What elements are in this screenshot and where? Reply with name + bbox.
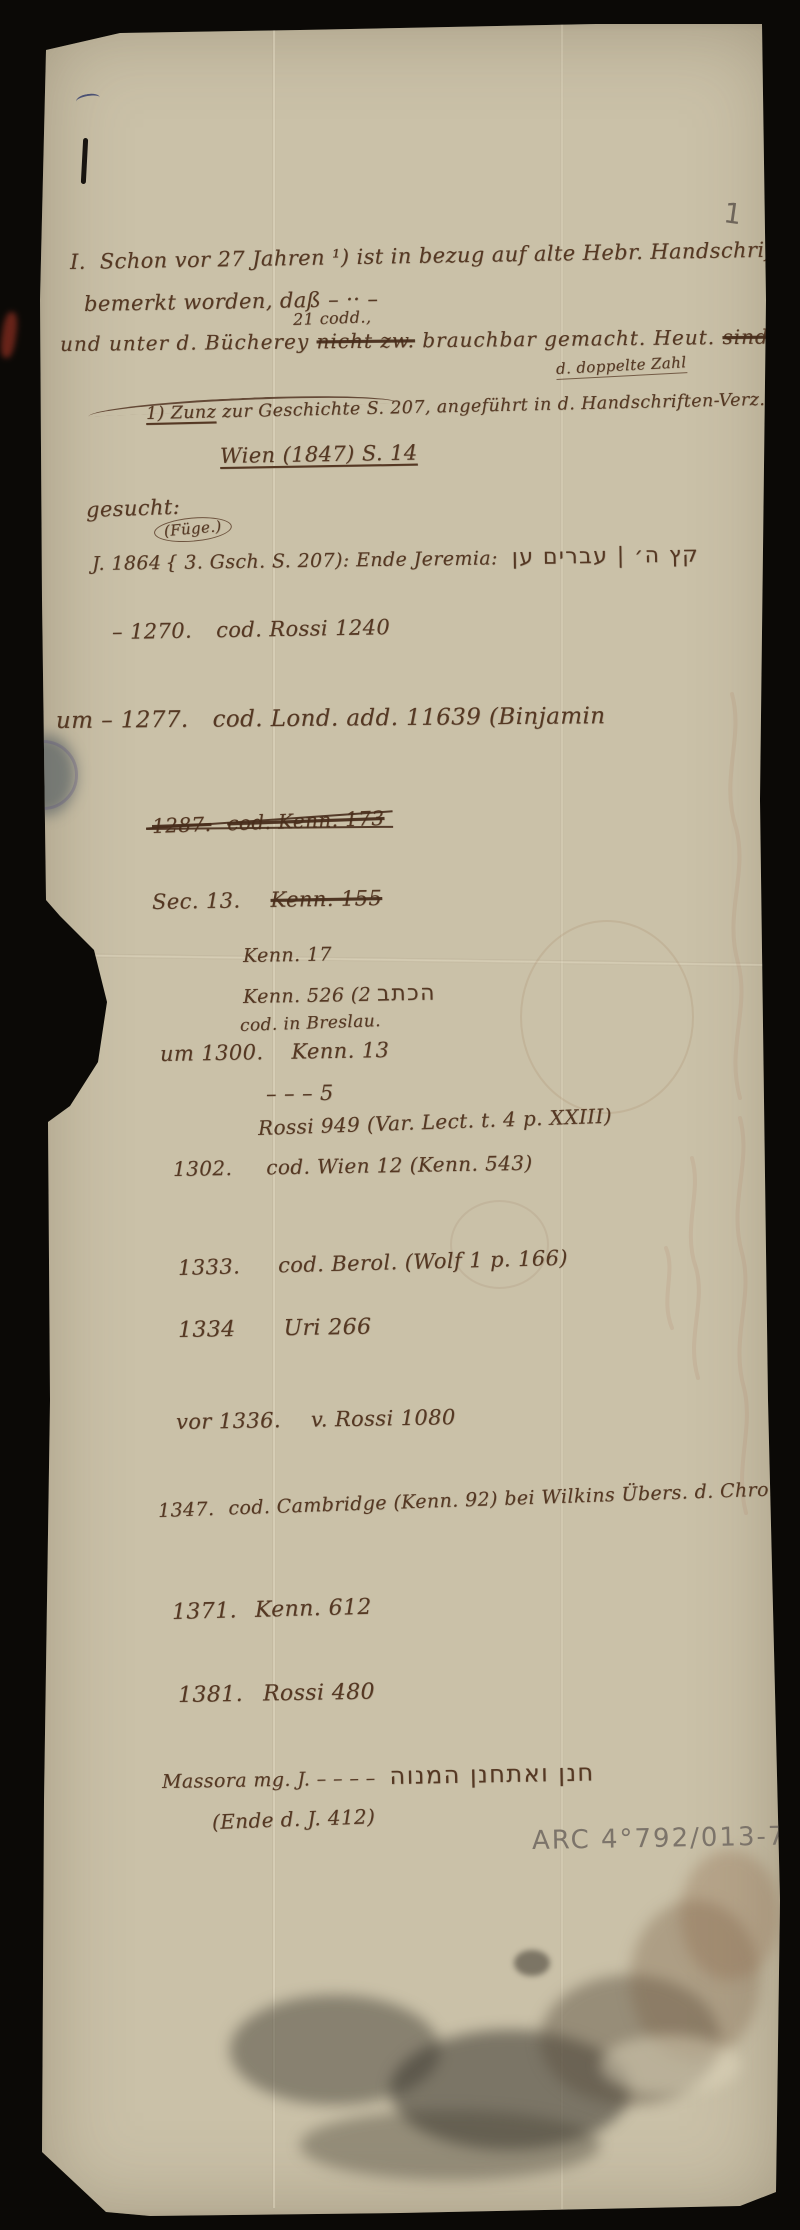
entry-hebrew: קץ ה׳ | עברים ען bbox=[512, 543, 700, 571]
intro-line-1-text: Schon vor 27 Jahren ¹) ist in bezug auf … bbox=[100, 237, 800, 273]
entry-text: cod. Wien 12 (Kenn. 543) bbox=[266, 1151, 533, 1180]
smudge bbox=[680, 1850, 780, 1980]
intro-line-3: und unter d. Bücherey nicht zw. brauchba… bbox=[60, 324, 800, 356]
entry-1277: um – 1277.cod. Lond. add. 11639 (Binjami… bbox=[56, 703, 606, 734]
entry-text: { 3. Gsch. S. 207): Ende Jeremia: bbox=[165, 547, 498, 574]
intro-line-3-mid: brauchbar gemacht. Heut. bbox=[415, 325, 723, 352]
insert-text: d. doppelte Zahl bbox=[556, 353, 687, 380]
search-label: gesucht: bbox=[86, 495, 181, 522]
closing-text: Massora mg. J. – – – – bbox=[162, 1767, 376, 1793]
entry-text: Kenn. 13 bbox=[291, 1038, 389, 1064]
entry-year: 1381. bbox=[178, 1682, 243, 1708]
entry-1864: J. 1864{ 3. Gsch. S. 207): Ende Jeremia:… bbox=[92, 543, 700, 576]
entry-text: cod. Lond. add. 11639 (Binjamin bbox=[212, 703, 605, 732]
entry-text: Kenn. 155 bbox=[270, 886, 382, 912]
blue-pen-scribble bbox=[75, 92, 101, 107]
entry-year: 1371. bbox=[172, 1598, 238, 1625]
entry-year: 1347. bbox=[158, 1498, 215, 1522]
manuscript-page: 1 I.Schon vor 27 Jahren ¹) ist in bezug … bbox=[36, 20, 786, 2220]
entry-breslau: cod. in Breslau. bbox=[240, 1011, 382, 1036]
entry-1300: um 1300.Kenn. 13 bbox=[160, 1038, 390, 1066]
entry-year: Sec. 13. bbox=[152, 888, 241, 914]
footnote-lead: 1) Zunz bbox=[146, 402, 217, 424]
smudge bbox=[514, 1950, 550, 1976]
entry-ditto-5: – – – 5 bbox=[266, 1081, 334, 1106]
stamp-ring bbox=[8, 740, 78, 810]
entry-kenn-17: Kenn. 17 bbox=[243, 943, 332, 967]
footnote-line-1: 1) Zunz zur Geschichte S. 207, angeführt… bbox=[146, 389, 800, 424]
page-number-pencil: 1 bbox=[722, 196, 745, 231]
intro-line-3-struck: sind dem bbox=[722, 324, 800, 349]
smudge-highlight bbox=[600, 2035, 740, 2095]
closing-ende-note: (Ende d. J. 412) bbox=[212, 1804, 376, 1834]
entry-1270: – 1270.cod. Rossi 1240 bbox=[112, 615, 391, 644]
intro-line-3-pre: und unter d. Bücherey bbox=[60, 329, 317, 356]
entry-year: – 1270. bbox=[112, 619, 193, 644]
archive-reference: ARC 4°792/013-7 bbox=[532, 1822, 787, 1856]
entry-1302: 1302.cod. Wien 12 (Kenn. 543) bbox=[173, 1151, 533, 1181]
entry-kenn-526: Kenn. 526 (2הכתב bbox=[243, 981, 436, 1009]
entry-text: v. Rossi 1080 bbox=[311, 1405, 456, 1432]
entry-text: Rossi 480 bbox=[263, 1680, 375, 1707]
closing-hebrew: חנן ואתחנן המנוה bbox=[389, 1758, 595, 1790]
entry-1381: 1381.Rossi 480 bbox=[178, 1680, 375, 1708]
entry-sec13: Sec. 13.Kenn. 155 bbox=[152, 886, 383, 914]
entry-year: 1302. bbox=[173, 1156, 233, 1181]
entry-1334: 1334Uri 266 bbox=[178, 1315, 372, 1343]
smudge bbox=[300, 2110, 600, 2180]
entry-text: Kenn. 526 (2 bbox=[243, 984, 371, 1008]
entry-year: um – 1277. bbox=[56, 707, 189, 734]
entry-text: cod. Rossi 1240 bbox=[216, 615, 390, 642]
entry-year: 1334 bbox=[178, 1317, 236, 1343]
bleed-through-writing bbox=[636, 688, 786, 1528]
interlinear-insert-codd: 21 codd., bbox=[293, 307, 372, 329]
footnote-line-2: Wien (1847) S. 14 bbox=[220, 441, 418, 468]
intro-line-3-struck: nicht zw. bbox=[316, 328, 415, 353]
closing-massora-line: Massora mg. J. – – – –חנן ואתחנן המנוה bbox=[162, 1758, 595, 1794]
interlinear-insert-fuege: (Füge.) bbox=[153, 516, 232, 541]
entry-text: Uri 266 bbox=[283, 1315, 371, 1342]
entry-1336: vor 1336.v. Rossi 1080 bbox=[176, 1405, 456, 1434]
scanned-manuscript-photo: { "colors": { "background": "#0b0906", "… bbox=[0, 0, 800, 2230]
footnote-rest: zur Geschichte S. 207, angeführt in d. H… bbox=[216, 389, 800, 422]
section-numeral: I. bbox=[70, 250, 86, 274]
entry-year: J. 1864 bbox=[92, 552, 162, 575]
intro-line-1: I.Schon vor 27 Jahren ¹) ist in bezug au… bbox=[70, 237, 800, 274]
entry-year: 1333. bbox=[178, 1254, 241, 1280]
entry-1371: 1371.Kenn. 612 bbox=[172, 1595, 372, 1625]
background-fragment bbox=[0, 311, 19, 359]
entry-text: Kenn. 612 bbox=[255, 1595, 372, 1623]
pen-stroke bbox=[81, 138, 88, 184]
entry-hebrew: הכתב bbox=[377, 981, 436, 1007]
interlinear-insert-doppelte-zahl: d. doppelte Zahl bbox=[556, 353, 687, 378]
entry-1287-crossed-out: 1287.cod. Kenn. 173 bbox=[152, 806, 385, 838]
entry-year: vor 1336. bbox=[176, 1408, 281, 1434]
round-stain bbox=[450, 1200, 549, 1289]
entry-year: um 1300. bbox=[160, 1040, 264, 1066]
